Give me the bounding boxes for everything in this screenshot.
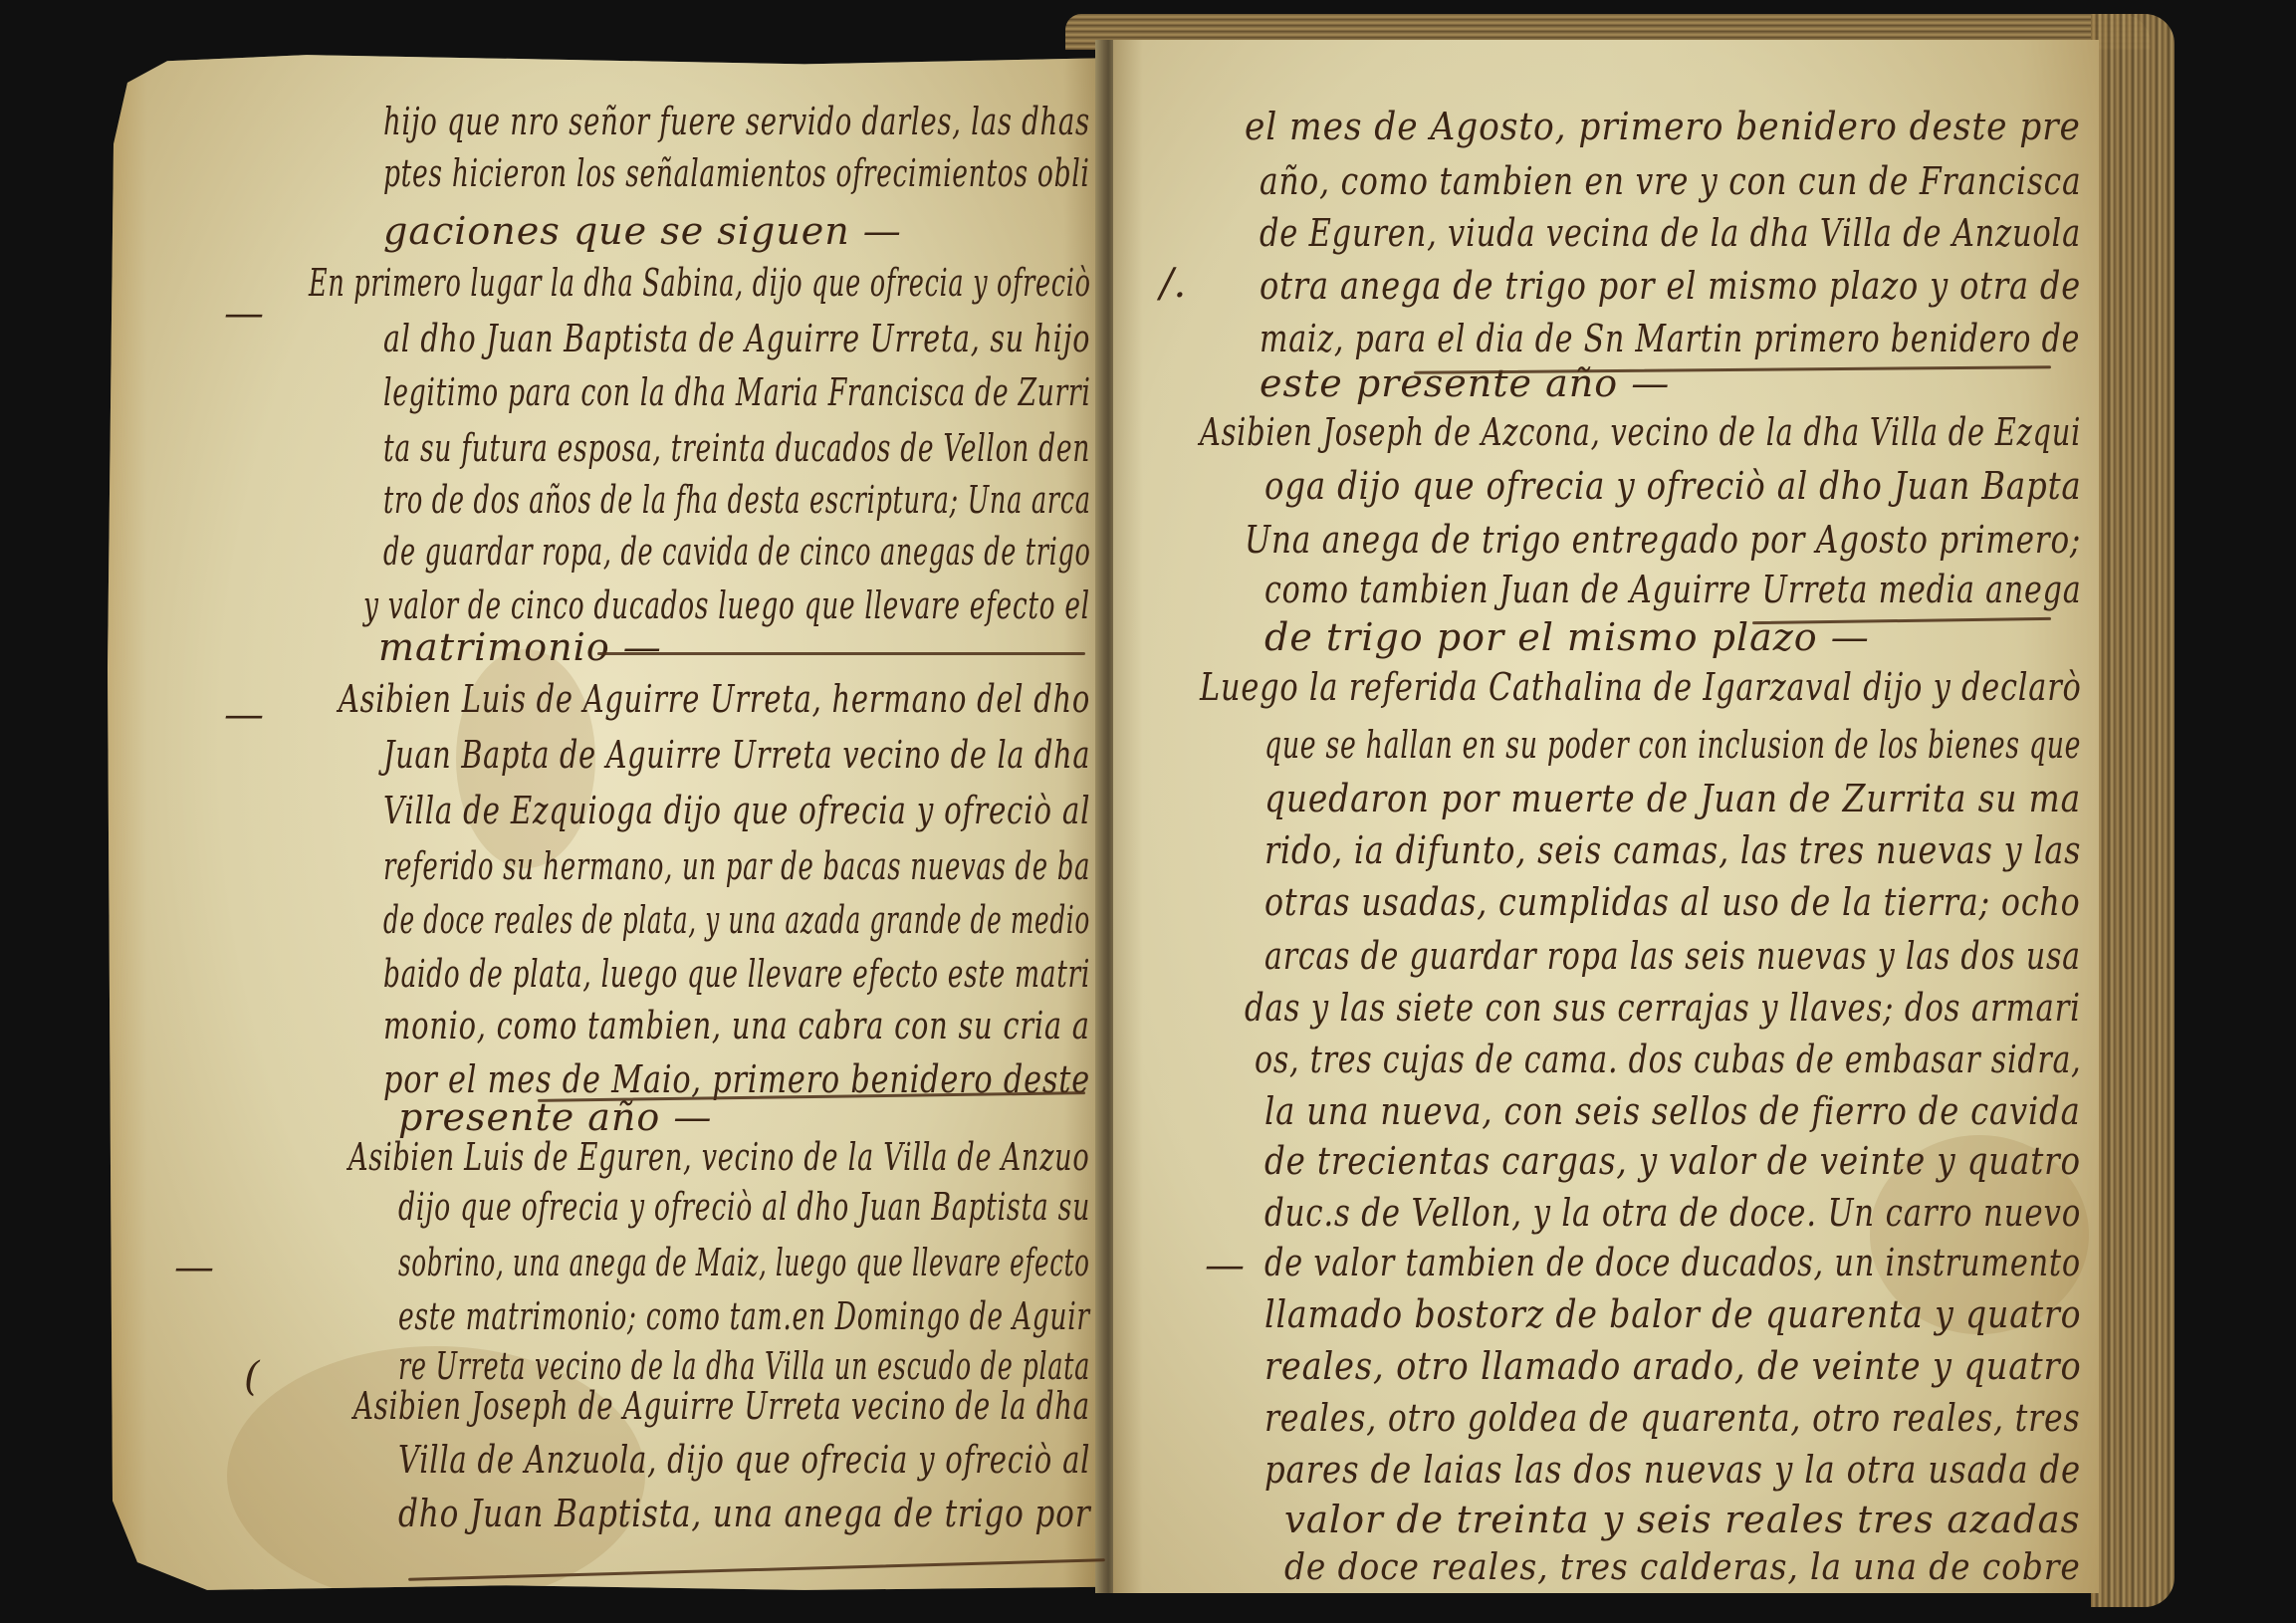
manuscript-line: Una anega de trigo entregado por Agosto … [1245,518,2081,562]
manuscript-line: Luego la referida Cathalina de Igarzaval… [1200,665,2082,709]
manuscript-line: otras usadas, cumplidas al uso de la tie… [1264,880,2081,924]
manuscript-line: Villa de Ezquioga dijo que ofrecia y ofr… [383,789,1090,832]
manuscript-line: de valor tambien de doce ducados, un ins… [1264,1241,2081,1284]
manuscript-line: gaciones que se siguen — [383,209,902,253]
manuscript-line: este presente año — [1260,361,1670,405]
manuscript-line: de trecientas cargas, y valor de veinte … [1264,1139,2081,1183]
manuscript-line: sobrino, una anega de Maiz, luego que ll… [398,1241,1090,1284]
manuscript-line: Villa de Anzuola, dijo que ofrecia y ofr… [398,1438,1090,1482]
manuscript-line: reales, otro llamado arado, de veinte y … [1264,1344,2082,1388]
margin-bracket-mark: ( [244,1354,260,1400]
manuscript-line: de guardar ropa, de cavida de cinco aneg… [383,530,1091,574]
manuscript-line: de Eguren, viuda vecina de la dha Villa … [1260,211,2081,255]
manuscript-line: valor de treinta y seis reales tres azad… [1284,1498,2081,1541]
manuscript-line: Asibien Joseph de Aguirre Urreta vecino … [353,1384,1090,1428]
manuscript-line: ptes hicieron los señalamientos ofrecimi… [383,151,1090,195]
manuscript-line: baido de plata, luego que llevare efecto… [383,952,1090,996]
manuscript-line: das y las siete con sus cerrajas y llave… [1245,986,2081,1030]
manuscript-line: Asibien Joseph de Azcona, vecino de la d… [1200,410,2081,454]
manuscript-line: legitimo para con la dha Maria Francisca… [383,370,1091,414]
manuscript-line: y valor de cinco ducados luego que lleva… [363,583,1090,627]
margin-dash-mark: — [224,692,264,738]
manuscript-line: En primero lugar la dha Sabina, dijo que… [309,261,1091,305]
manuscript-line: matrimonio — [378,625,662,669]
margin-dash-mark: — [1205,1243,1245,1288]
manuscript-line: maiz, para el dia de Sn Martin primero b… [1260,317,2080,360]
manuscript-line: oga dijo que ofrecia y ofreciò al dho Ju… [1264,464,2082,508]
manuscript-line: presente año — [398,1095,712,1139]
manuscript-line: este matrimonio; como tam.en Domingo de … [398,1294,1090,1338]
entry-separator-rule [597,652,1085,655]
manuscript-line: al dho Juan Baptista de Aguirre Urreta, … [383,317,1090,360]
manuscript-line: rido, ia difunto, seis camas, las tres n… [1264,828,2081,872]
manuscript-line: Asibien Luis de Aguirre Urreta, hermano … [339,677,1090,721]
manuscript-line: la una nueva, con seis sellos de fierro … [1264,1089,2081,1133]
manuscript-line: de doce reales de plata, y una azada gra… [383,898,1090,942]
manuscript-line: dho Juan Baptista, una anega de trigo po… [398,1492,1090,1535]
manuscript-line: dijo que ofrecia y ofreciò al dho Juan B… [398,1185,1090,1229]
manuscript-line: Asibien Luis de Eguren, vecino de la Vil… [348,1135,1089,1179]
manuscript-line: duc.s de Vellon, y la otra de doce. Un c… [1264,1191,2081,1235]
margin-slash-mark: /. [1160,261,1186,307]
margin-dash-mark: — [174,1245,214,1290]
margin-dash-mark: — [224,291,264,337]
manuscript-line: re Urreta vecino de la dha Villa un escu… [398,1344,1090,1388]
manuscript-line: reales, otro goldea de quarenta, otro re… [1264,1396,2080,1440]
page-stack-fore-edge [2091,14,2175,1607]
manuscript-line: otra anega de trigo por el mismo plazo y… [1260,264,2081,308]
manuscript-line: año, como tambien en vre y con cun de Fr… [1260,159,2081,203]
manuscript-line: monio, como tambien, una cabra con su cr… [383,1004,1090,1047]
open-manuscript-book: hijo que nro señor fuere servido darles,… [0,0,2296,1623]
manuscript-line: referido su hermano, un par de bacas nue… [383,844,1090,888]
manuscript-line: arcas de guardar ropa las seis nuevas y … [1264,934,2081,978]
manuscript-line: quedaron por muerte de Juan de Zurrita s… [1264,777,2081,820]
manuscript-line: de doce reales, tres calderas, la una de… [1284,1547,2081,1588]
manuscript-line: hijo que nro señor fuere servido darles,… [383,100,1090,143]
manuscript-line: os, tres cujas de cama. dos cubas de emb… [1255,1038,2082,1081]
manuscript-line: el mes de Agosto, primero benidero deste… [1245,105,2081,148]
manuscript-line: que se hallan en su poder con inclusion … [1264,723,2081,767]
manuscript-line: Juan Bapta de Aguirre Urreta vecino de l… [383,733,1090,777]
manuscript-line: ta su futura esposa, treinta ducados de … [383,426,1090,470]
manuscript-line: tro de dos años de la fha desta escriptu… [383,478,1091,522]
manuscript-line: pares de laias las dos nuevas y la otra … [1264,1448,2081,1492]
manuscript-line: como tambien Juan de Aguirre Urreta medi… [1264,568,2081,611]
manuscript-line: llamado bostorz de balor de quarenta y q… [1264,1292,2081,1336]
